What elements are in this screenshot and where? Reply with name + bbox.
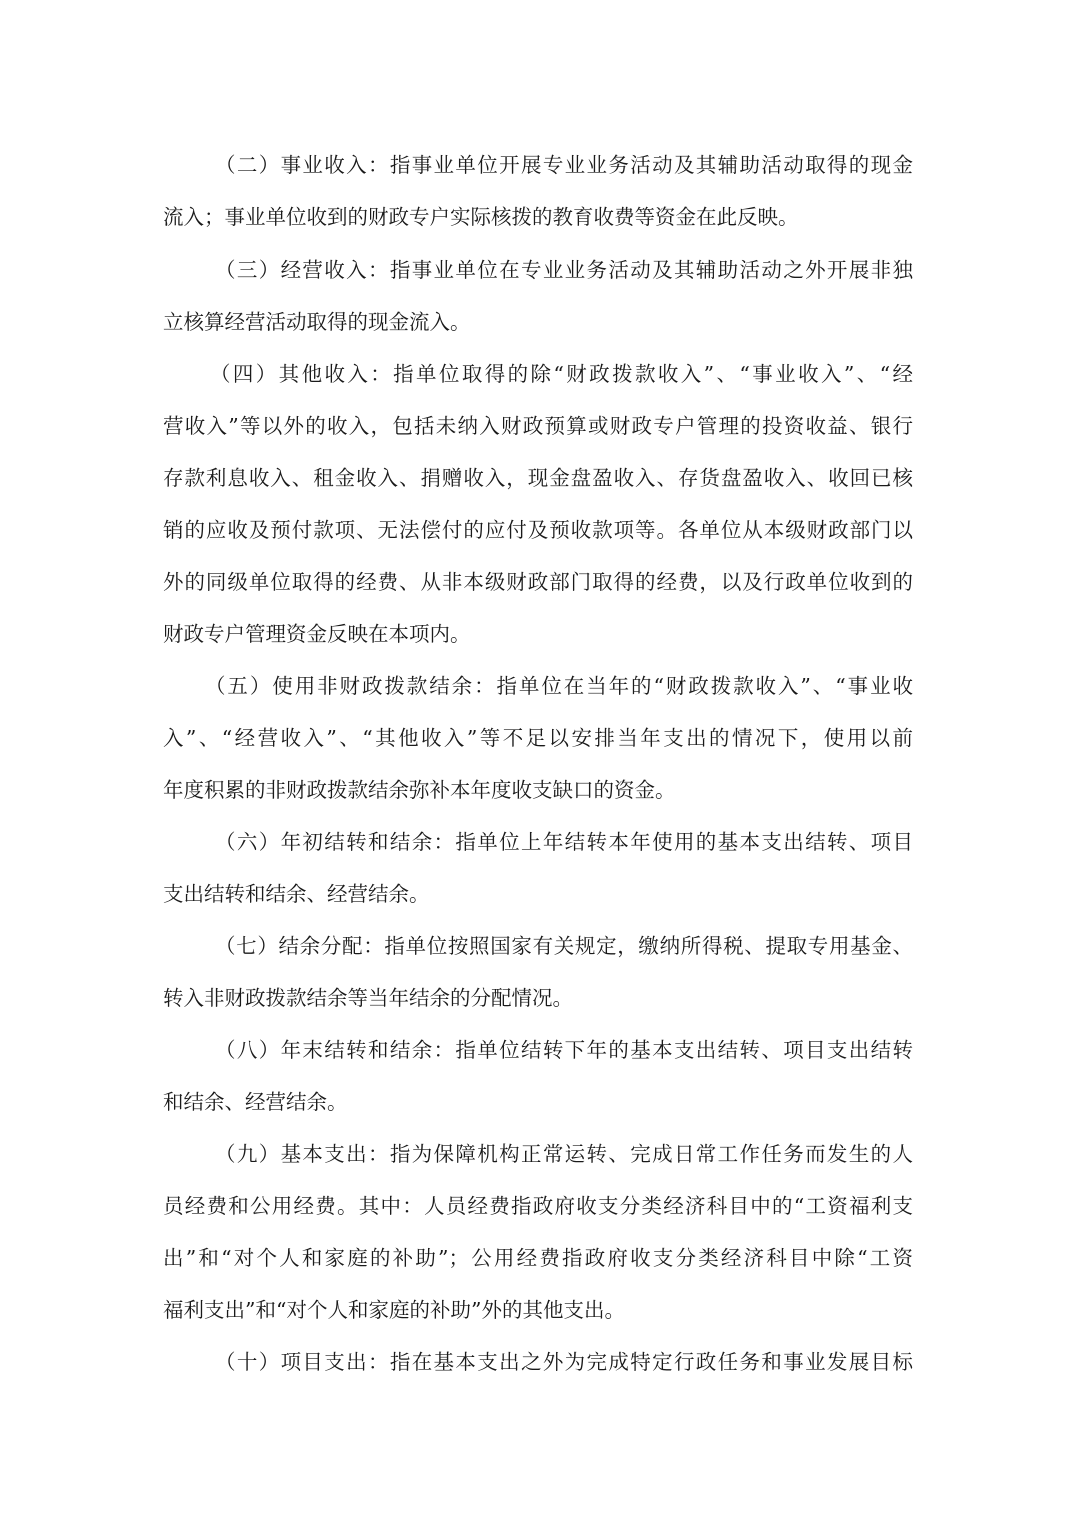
paragraph-4-line-4: 销的应收及预付款项、无法偿付的应付及预收款项等。各单位从本级财政部门以	[163, 516, 913, 544]
paragraph-8-line-2: 和结余、经营结余。	[163, 1088, 913, 1116]
paragraph-5-line-3: 年度积累的非财政拨款结余弥补本年度收支缺口的资金。	[163, 776, 913, 804]
paragraph-6-line-2: 支出结转和结余、经营结余。	[163, 880, 913, 908]
paragraph-3-line-1: （三）经营收入：指事业单位在专业业务活动及其辅助活动之外开展非独	[215, 256, 913, 284]
paragraph-4-line-3: 存款利息收入、租金收入、捐赠收入，现金盘盈收入、存货盘盈收入、收回已核	[163, 464, 913, 492]
paragraph-9-line-2: 员经费和公用经费。其中：人员经费指政府收支分类经济科目中的“工资福利支	[163, 1192, 913, 1220]
paragraph-4-line-1: （四）其他收入：指单位取得的除“财政拨款收入”、“事业收入”、“经	[210, 360, 913, 388]
paragraph-8-line-1: （八）年末结转和结余：指单位结转下年的基本支出结转、项目支出结转	[215, 1036, 913, 1064]
paragraph-2-line-2: 流入；事业单位收到的财政专户实际核拨的教育收费等资金在此反映。	[163, 203, 913, 231]
paragraph-6-line-1: （六）年初结转和结余：指单位上年结转本年使用的基本支出结转、项目	[215, 828, 913, 856]
paragraph-10-line-1: （十）项目支出：指在基本支出之外为完成特定行政任务和事业发展目标	[215, 1348, 913, 1376]
paragraph-7-line-1: （七）结余分配：指单位按照国家有关规定，缴纳所得税、提取专用基金、	[215, 932, 913, 960]
document-page: （二）事业收入：指事业单位开展专业业务活动及其辅助活动取得的现金 流入；事业单位…	[0, 0, 1074, 1520]
paragraph-4-line-6: 财政专户管理资金反映在本项内。	[163, 620, 913, 648]
paragraph-3-line-2: 立核算经营活动取得的现金流入。	[163, 308, 913, 336]
paragraph-4-line-5: 外的同级单位取得的经费、从非本级财政部门取得的经费，以及行政单位收到的	[163, 568, 913, 596]
paragraph-4-line-2: 营收入”等以外的收入，包括未纳入财政预算或财政专户管理的投资收益、银行	[163, 412, 913, 440]
paragraph-9-line-1: （九）基本支出：指为保障机构正常运转、完成日常工作任务而发生的人	[215, 1140, 913, 1168]
paragraph-7-line-2: 转入非财政拨款结余等当年结余的分配情况。	[163, 984, 913, 1012]
paragraph-2-line-1: （二）事业收入：指事业单位开展专业业务活动及其辅助活动取得的现金	[215, 151, 913, 179]
paragraph-9-line-3: 出”和“对个人和家庭的补助”；公用经费指政府收支分类经济科目中除“工资	[163, 1244, 913, 1272]
paragraph-5-line-1: （五）使用非财政拨款结余：指单位在当年的“财政拨款收入”、“事业收	[205, 672, 913, 700]
paragraph-5-line-2: 入”、“经营收入”、“其他收入”等不足以安排当年支出的情况下，使用以前	[163, 724, 913, 752]
paragraph-9-line-4: 福利支出”和“对个人和家庭的补助”外的其他支出。	[163, 1296, 913, 1324]
